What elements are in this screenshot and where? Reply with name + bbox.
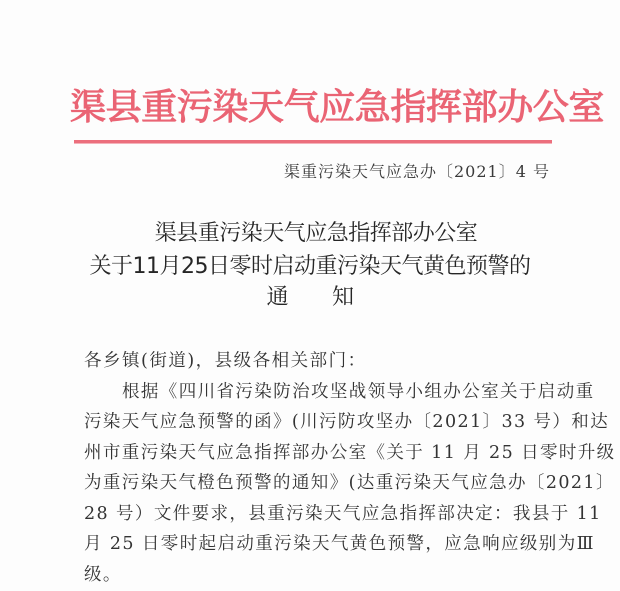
paragraph-line: 级。 <box>84 560 556 591</box>
paragraph-line: 州市重污染天气应急指挥部办公室《关于 11 月 25 日零时升级 <box>84 438 556 469</box>
notice-body: 各乡镇(街道)，县级各相关部门： 根据《四川省污染防治攻坚战领导小组办公室关于启… <box>84 346 556 590</box>
paragraph-line: 为重污染天气橙色预警的通知》(达重污染天气应急办〔2021〕 <box>84 468 556 499</box>
notice-title-line-3: 通知 <box>0 283 620 313</box>
notice-title-word-2: 知 <box>332 285 354 310</box>
notice-title-line-2: 关于11月25日零时启动重污染天气黄色预警的 <box>0 252 620 282</box>
issuing-office-header: 渠县重污染天气应急指挥部办公室 <box>70 84 530 132</box>
salutation: 各乡镇(街道)，县级各相关部门： <box>84 346 556 377</box>
paragraph-line: 28 号）文件要求，县重污染天气应急指挥部决定：我县于 11 <box>84 499 556 530</box>
paragraph-line: 月 25 日零时起启动重污染天气黄色预警，应急响应级别为Ⅲ <box>84 529 556 560</box>
notice-title-word-1: 通 <box>266 285 288 310</box>
red-divider-rule <box>74 140 552 144</box>
document-page: 渠县重污染天气应急指挥部办公室 渠重污染天气应急办〔2021〕4 号 渠县重污染… <box>0 0 620 591</box>
notice-title-line-1: 渠县重污染天气应急指挥部办公室 <box>0 219 620 249</box>
document-number: 渠重污染天气应急办〔2021〕4 号 <box>284 160 550 184</box>
paragraph-line: 污染天气应急预警的函》(川污防攻坚办〔2021〕33 号）和达 <box>84 407 556 438</box>
paragraph-line: 根据《四川省污染防治攻坚战领导小组办公室关于启动重 <box>84 377 556 408</box>
